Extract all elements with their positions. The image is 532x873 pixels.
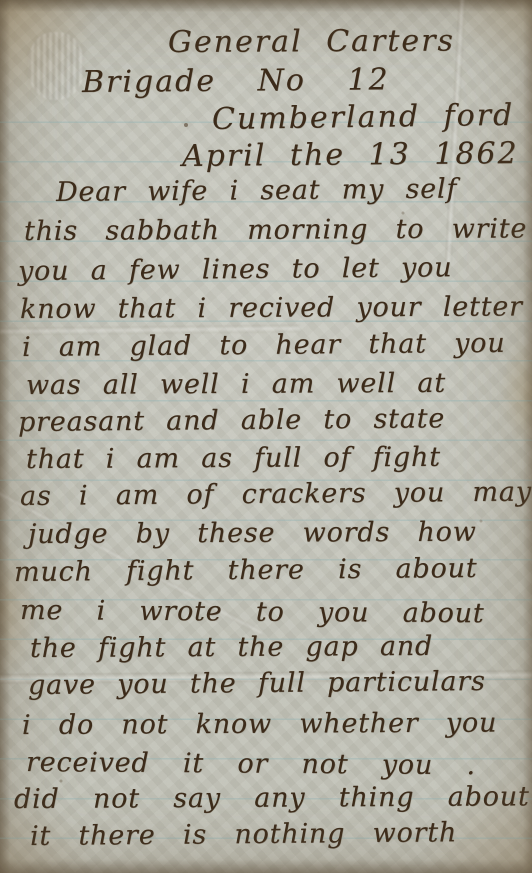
body-line: you a few lines to let you [18, 253, 453, 286]
body-line: i am glad to hear that you [22, 329, 506, 363]
handwritten-text-layer: General Carters Brigade No 12 Cumberland… [0, 0, 532, 873]
brigade-number-line: Brigade No 12 [82, 63, 390, 99]
body-line: gave you the full particulars [28, 667, 486, 701]
date-line: April the 13 1862 [182, 137, 519, 173]
body-line: preasant and able to state [18, 404, 445, 437]
body-line: received it or not you . [26, 748, 476, 781]
body-line: me i wrote to you about [20, 596, 485, 629]
body-line: much fight there is about [14, 554, 478, 588]
body-line: judge by these words how [28, 518, 477, 550]
body-line: i do not know whether you [22, 709, 497, 741]
unit-name-line: General Carters [168, 24, 455, 59]
location-line: Cumberland ford [212, 99, 515, 136]
salutation-line: Dear wife i seat my self [56, 174, 457, 207]
body-line: know that i recived your letter [20, 292, 523, 324]
body-line: this sabbath morning to write [24, 214, 527, 246]
body-line: did not say any thing about [14, 782, 530, 814]
body-line: the fight at the gap and [30, 632, 433, 664]
body-line: as i am of crackers you may [20, 478, 532, 512]
letter-page: General Carters Brigade No 12 Cumberland… [0, 0, 532, 873]
body-line: that i am as full of fight [26, 443, 441, 475]
body-line: was all well i am well at [26, 369, 446, 401]
body-line: it there is nothing worth [30, 818, 457, 851]
